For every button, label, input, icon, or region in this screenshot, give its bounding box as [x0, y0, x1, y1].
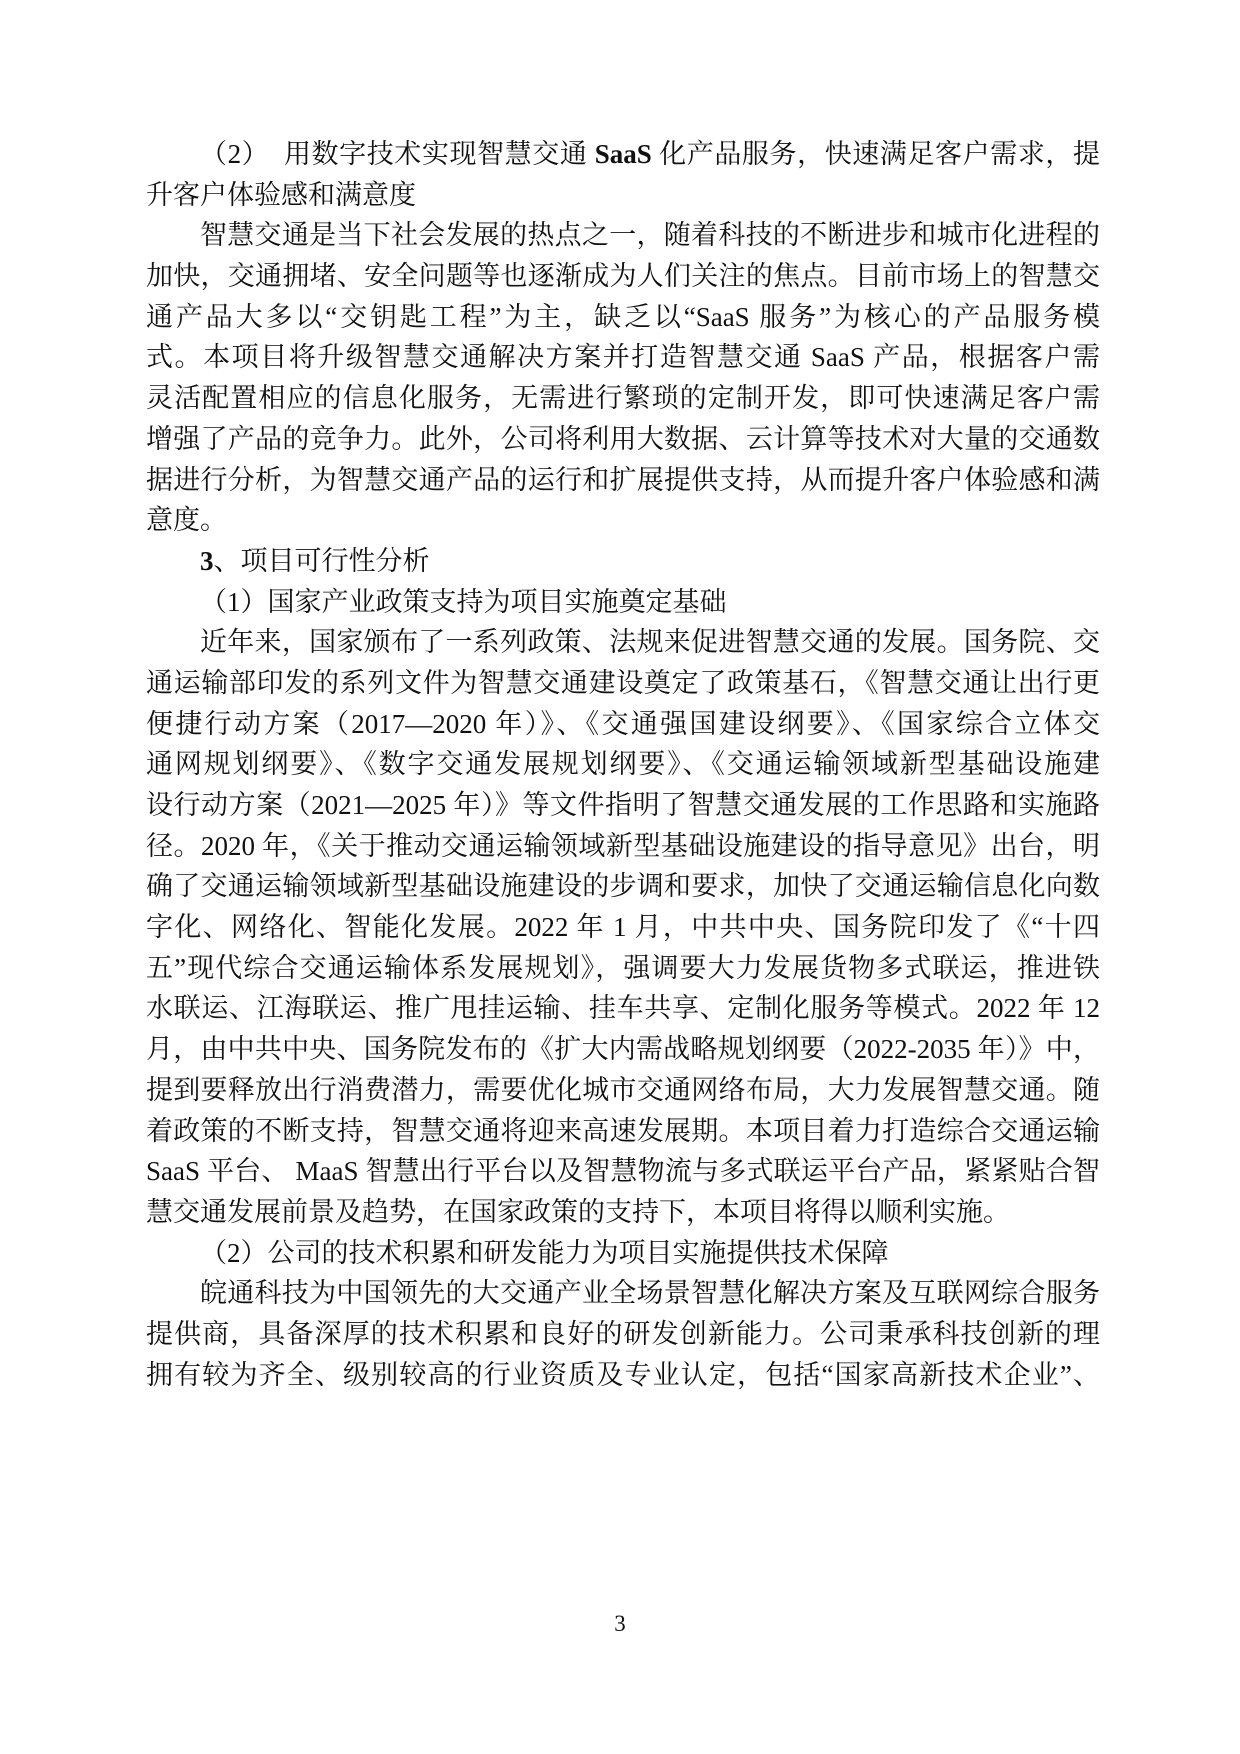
text-line: 提供商，具备深厚的技术积累和良好的研发创新能力。公司秉承科技创新的理念，	[146, 1314, 1100, 1355]
text-run: 近年来，国家颁布了一系列政策、法规来促进智慧交通的发展。国务院、交	[200, 627, 1100, 657]
text-line: 增强了产品的竞争力。此外，公司将利用大数据、云计算等技术对大量的交通数	[146, 419, 1100, 460]
text-run: 式。本项目将升级智慧交通解决方案并打造智慧交通 SaaS 产品，根据客户需求，	[146, 342, 1100, 378]
text-line: 智慧交通是当下社会发展的热点之一，随着科技的不断进步和城市化进程的	[146, 215, 1100, 256]
text-line: 通产品大多以“交钥匙工程”为主，缺乏以“SaaS 服务”为核心的产品服务模	[146, 297, 1100, 338]
text-line: 通运输部印发的系列文件为智慧交通建设奠定了政策基石，《智慧交通让出行更	[146, 663, 1100, 704]
text-run: 灵活配置相应的信息化服务，无需进行繁琐的定制开发，即可快速满足客户需求，	[146, 383, 1100, 419]
text-line: （2）公司的技术积累和研发能力为项目实施提供技术保障	[146, 1233, 1100, 1274]
text-run: 加快，交通拥堵、安全问题等也逐渐成为人们关注的焦点。目前市场上的智慧交	[146, 261, 1100, 291]
text-line: （2） 用数字技术实现智慧交通 SaaS 化产品服务，快速满足客户需求，提	[146, 134, 1100, 175]
text-run: 增强了产品的竞争力。此外，公司将利用大数据、云计算等技术对大量的交通数	[146, 424, 1100, 454]
text-line: 拥有较为齐全、级别较高的行业资质及专业认定，包括“国家高新技术企业”、	[146, 1355, 1100, 1396]
page-footer: 3	[0, 1606, 1240, 1642]
text-run: 着政策的不断支持，智慧交通将迎来高速发展期。本项目着力打造综合交通运输	[146, 1116, 1100, 1146]
text-run: 设行动方案（2021—2025 年）》等文件指明了智慧交通发展的工作思路和实施路	[146, 790, 1100, 820]
text-run: 提到要释放出行消费潜力，需要优化城市交通网络布局，大力发展智慧交通。随	[146, 1075, 1100, 1105]
text-line: 月，由中共中央、国务院发布的《扩大内需战略规划纲要（2022-2035 年）》中…	[146, 1029, 1100, 1070]
text-line: 五”现代综合交通运输体系发展规划》，强调要大力发展货物多式联运，推进铁	[146, 948, 1100, 989]
text-run: 便捷行动方案（2017—2020 年）》、《交通强国建设纲要》、《国家综合立体交	[146, 709, 1100, 739]
text-run: 字化、网络化、智能化发展。2022 年 1 月，中共中央、国务院印发了《“十四	[146, 912, 1100, 942]
text-run: SaaS 平台、 MaaS 智慧出行平台以及智慧物流与多式联运平台产品，紧紧贴合…	[146, 1156, 1100, 1186]
text-run: 化产品服务，快速满足客户需求，提	[652, 139, 1100, 169]
text-line: SaaS 平台、 MaaS 智慧出行平台以及智慧物流与多式联运平台产品，紧紧贴合…	[146, 1151, 1100, 1192]
document-body: （2） 用数字技术实现智慧交通 SaaS 化产品服务，快速满足客户需求，提升客户…	[146, 134, 1100, 1395]
page-number: 3	[614, 1611, 626, 1636]
text-run: SaaS	[595, 139, 652, 169]
text-line: 确了交通运输领域新型基础设施建设的步调和要求，加快了交通运输信息化向数	[146, 866, 1100, 907]
text-run: （2）公司的技术积累和研发能力为项目实施提供技术保障	[200, 1238, 889, 1268]
text-line: 式。本项目将升级智慧交通解决方案并打造智慧交通 SaaS 产品，根据客户需求，	[146, 337, 1100, 378]
text-run: 水联运、江海联运、推广甩挂运输、挂车共享、定制化服务等模式。2022 年 12	[146, 993, 1100, 1023]
text-run: 五”现代综合交通运输体系发展规划》，强调要大力发展货物多式联运，推进铁	[146, 953, 1100, 983]
text-line: 3、项目可行性分析	[146, 541, 1100, 582]
text-run: 通运输部印发的系列文件为智慧交通建设奠定了政策基石，《智慧交通让出行更	[146, 668, 1100, 698]
text-run: （2） 用数字技术实现智慧交通	[200, 139, 595, 169]
text-line: 近年来，国家颁布了一系列政策、法规来促进智慧交通的发展。国务院、交	[146, 622, 1100, 663]
text-line: 灵活配置相应的信息化服务，无需进行繁琐的定制开发，即可快速满足客户需求，	[146, 378, 1100, 419]
text-run: 慧交通发展前景及趋势，在国家政策的支持下，本项目将得以顺利实施。	[146, 1197, 1010, 1227]
text-run: （1）国家产业政策支持为项目实施奠定基础	[200, 587, 727, 617]
text-run: 智慧交通是当下社会发展的热点之一，随着科技的不断进步和城市化进程的	[200, 220, 1100, 250]
text-run: 皖通科技为中国领先的大交通产业全场景智慧化解决方案及互联网综合服务	[200, 1278, 1100, 1308]
text-run: 据进行分析，为智慧交通产品的运行和扩展提供支持，从而提升客户体验感和满	[146, 465, 1100, 495]
text-run: 月，由中共中央、国务院发布的《扩大内需战略规划纲要（2022-2035 年）》中…	[146, 1034, 1100, 1064]
text-line: 意度。	[146, 500, 1100, 541]
text-run: 提供商，具备深厚的技术积累和良好的研发创新能力。公司秉承科技创新的理念，	[146, 1319, 1100, 1355]
text-line: （1）国家产业政策支持为项目实施奠定基础	[146, 582, 1100, 623]
document-page: （2） 用数字技术实现智慧交通 SaaS 化产品服务，快速满足客户需求，提升客户…	[0, 0, 1240, 1754]
text-run: 意度。	[146, 505, 227, 535]
text-run: 通产品大多以“交钥匙工程”为主，缺乏以“SaaS 服务”为核心的产品服务模	[146, 302, 1100, 332]
text-line: 水联运、江海联运、推广甩挂运输、挂车共享、定制化服务等模式。2022 年 12	[146, 988, 1100, 1029]
text-run: 确了交通运输领域新型基础设施建设的步调和要求，加快了交通运输信息化向数	[146, 871, 1100, 901]
text-line: 设行动方案（2021—2025 年）》等文件指明了智慧交通发展的工作思路和实施路	[146, 785, 1100, 826]
text-run: 拥有较为齐全、级别较高的行业资质及专业认定，包括“国家高新技术企业”、	[146, 1360, 1100, 1390]
text-line: 字化、网络化、智能化发展。2022 年 1 月，中共中央、国务院印发了《“十四	[146, 907, 1100, 948]
text-line: 加快，交通拥堵、安全问题等也逐渐成为人们关注的焦点。目前市场上的智慧交	[146, 256, 1100, 297]
text-run: 通网规划纲要》、《数字交通发展规划纲要》、《交通运输领域新型基础设施建	[146, 749, 1100, 779]
text-line: 据进行分析，为智慧交通产品的运行和扩展提供支持，从而提升客户体验感和满	[146, 460, 1100, 501]
text-line: 径。2020 年，《关于推动交通运输领域新型基础设施建设的指导意见》出台，明	[146, 826, 1100, 867]
text-run: 升客户体验感和满意度	[146, 180, 416, 210]
text-line: 便捷行动方案（2017—2020 年）》、《交通强国建设纲要》、《国家综合立体交	[146, 704, 1100, 745]
text-line: 通网规划纲要》、《数字交通发展规划纲要》、《交通运输领域新型基础设施建	[146, 744, 1100, 785]
text-line: 提到要释放出行消费潜力，需要优化城市交通网络布局，大力发展智慧交通。随	[146, 1070, 1100, 1111]
text-line: 升客户体验感和满意度	[146, 175, 1100, 216]
text-run: 3	[200, 546, 214, 576]
text-line: 慧交通发展前景及趋势，在国家政策的支持下，本项目将得以顺利实施。	[146, 1192, 1100, 1233]
text-run: 径。2020 年，《关于推动交通运输领域新型基础设施建设的指导意见》出台，明	[146, 831, 1100, 861]
text-run: 、项目可行性分析	[214, 546, 430, 576]
text-line: 着政策的不断支持，智慧交通将迎来高速发展期。本项目着力打造综合交通运输	[146, 1111, 1100, 1152]
text-line: 皖通科技为中国领先的大交通产业全场景智慧化解决方案及互联网综合服务	[146, 1273, 1100, 1314]
